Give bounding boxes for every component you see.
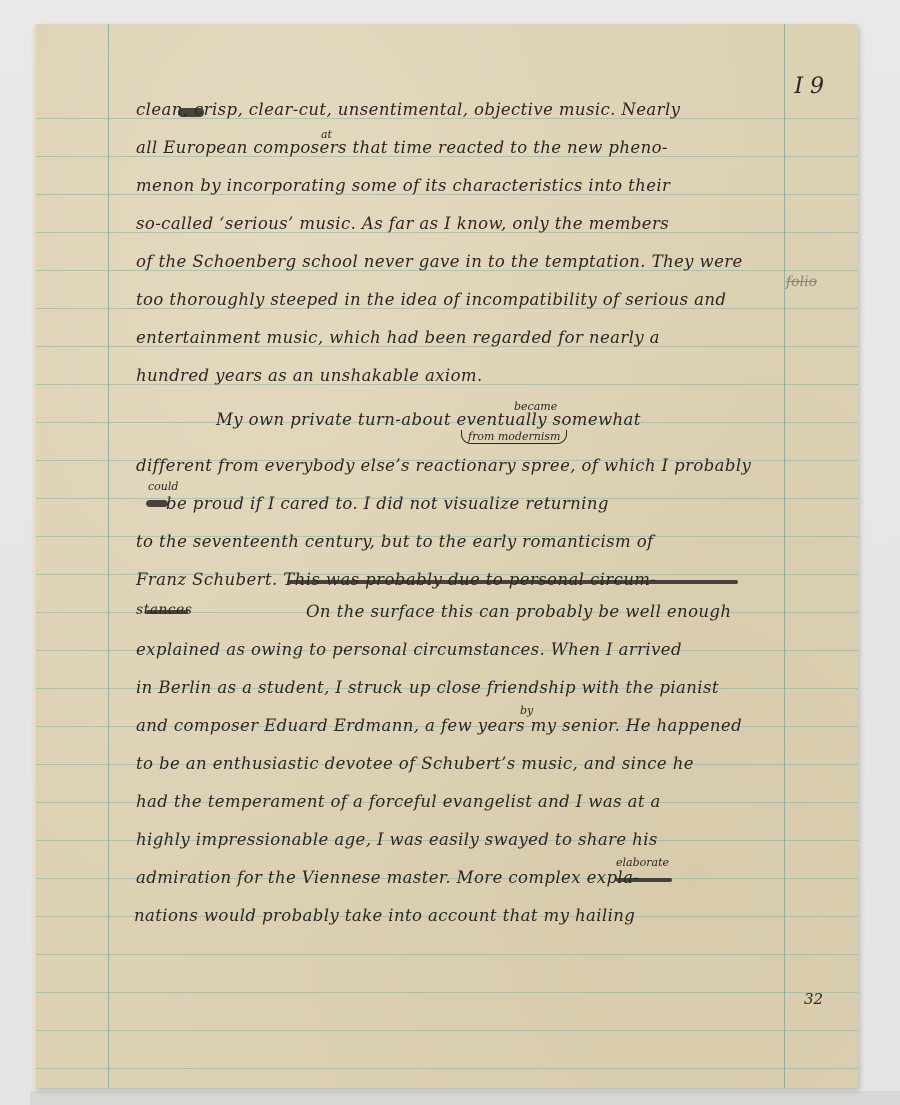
text-line: hundred years as an unshakable axiom. bbox=[136, 366, 483, 385]
text-line: be proud if I cared to. I did not visual… bbox=[166, 494, 609, 513]
deletion-mark bbox=[146, 500, 168, 507]
text-line: too thoroughly steeped in the idea of in… bbox=[136, 290, 726, 309]
text-line: My own private turn-about eventually som… bbox=[216, 410, 641, 429]
text-line: highly impressionable age, I was easily … bbox=[136, 830, 658, 849]
text-line: entertainment music, which had been rega… bbox=[136, 328, 660, 347]
text-line: clean, crisp, clear-cut, unsentimental, … bbox=[136, 100, 680, 119]
text-line: in Berlin as a student, I struck up clos… bbox=[136, 678, 719, 697]
insertion-elaborate: elaborate bbox=[616, 856, 669, 869]
text-line: all European composers that time reacted… bbox=[136, 138, 668, 157]
insertion-from-modernism: from modernism bbox=[461, 430, 567, 444]
text-line: so-called ‘serious’ music. As far as I k… bbox=[136, 214, 669, 233]
ruled-line bbox=[36, 992, 858, 993]
text-line: On the surface this can probably be well… bbox=[306, 602, 731, 621]
text-line: and composer Eduard Erdmann, a few years… bbox=[136, 716, 742, 735]
strikethrough bbox=[288, 580, 738, 584]
ruled-line bbox=[36, 1068, 858, 1069]
text-line: of the Schoenberg school never gave in t… bbox=[136, 252, 743, 271]
text-line: to be an enthusiastic devotee of Schuber… bbox=[136, 754, 694, 773]
insertion-became: became bbox=[514, 400, 557, 413]
text-line: had the temperament of a forceful evange… bbox=[136, 792, 661, 811]
margin-line bbox=[784, 24, 785, 1088]
manuscript-page: I 9 folio 32 clean, crisp, clear-cut, un… bbox=[34, 24, 858, 1088]
margin-line bbox=[108, 24, 109, 1088]
scan-bottom-strip bbox=[30, 1091, 900, 1105]
ruled-line bbox=[36, 1030, 858, 1031]
page-number: 32 bbox=[804, 990, 823, 1008]
page-label: I 9 bbox=[794, 74, 824, 99]
text-line: admiration for the Viennese master. More… bbox=[136, 868, 639, 887]
insertion-by: by bbox=[520, 704, 533, 717]
insertion-at: at bbox=[321, 128, 332, 141]
text-line: to the seventeenth century, but to the e… bbox=[136, 532, 654, 551]
text-line: different from everybody else’s reaction… bbox=[136, 456, 751, 475]
strikethrough bbox=[616, 878, 672, 882]
insertion-could: could bbox=[148, 480, 178, 493]
text-line: menon by incorporating some of its chara… bbox=[136, 176, 670, 195]
margin-note: folio bbox=[786, 274, 817, 290]
ruled-line bbox=[36, 954, 858, 955]
text-line: explained as owing to personal circumsta… bbox=[136, 640, 682, 659]
deletion-mark bbox=[178, 108, 204, 117]
strikethrough bbox=[146, 610, 188, 614]
ruled-line bbox=[36, 916, 858, 917]
